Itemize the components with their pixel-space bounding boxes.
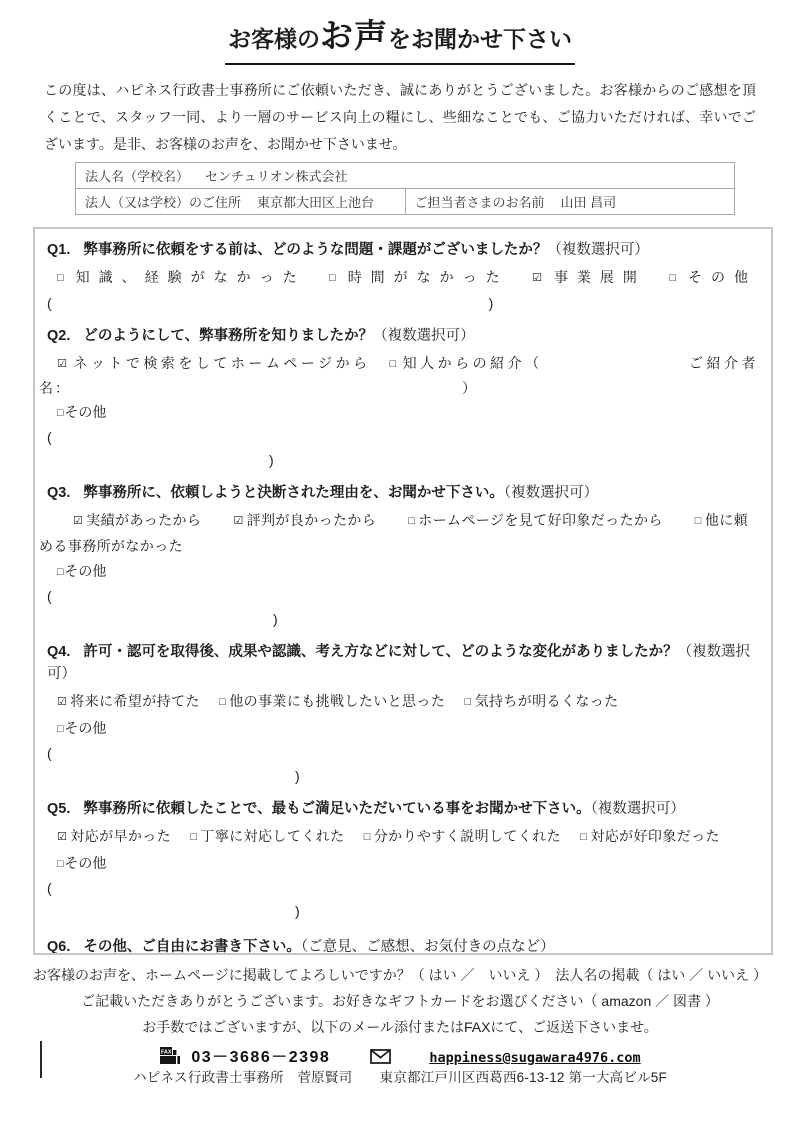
option-other[interactable]: □その他 (57, 717, 759, 741)
option-label: 分かりやすく説明してくれた (374, 828, 561, 844)
option[interactable]: □その他 (669, 265, 757, 291)
checkbox-icon: □ (57, 718, 63, 740)
open-paren: ( (47, 588, 52, 604)
address-value: 東京都大田区上池台 (257, 195, 374, 210)
option-label: 知識、経験がなかった (76, 269, 306, 285)
option-label: 丁寧に対応してくれた (200, 828, 344, 844)
checkbox-icon: □ (190, 825, 197, 849)
checkbox-icon: □ (465, 690, 472, 714)
option-label: 対応が早かった (70, 828, 171, 844)
question-text: 弊事務所に依頼をする前は、どのような問題・課題がございましたか？ (83, 242, 547, 258)
footer: お客様のお声を、ホームページに掲載してよろしいですか？（ はい ／ いいえ ） … (0, 962, 800, 1086)
option[interactable]: □知識、経験がなかった (57, 265, 306, 291)
option[interactable]: □分かりやすく説明してくれた (364, 828, 561, 844)
free-answer-blank: ) (47, 900, 759, 922)
close-paren: ) (295, 768, 300, 784)
close-paren: ) (269, 452, 274, 468)
question-3-options: ☑実績があったから☑評判が良かったから□ホームページを見て好印象だったから□他に… (39, 508, 759, 558)
checkbox-icon: □ (669, 266, 685, 290)
option-other[interactable]: □その他 (57, 852, 759, 876)
checkbox-icon: ☑ (216, 509, 243, 533)
question-note: （複数選択可） (547, 242, 649, 258)
free-answer-blank: ) (47, 765, 759, 787)
option-label: 時間がなかった (348, 269, 509, 285)
question-5-heading: Q5.弊事務所に依頼したことで、最もご満足いただいている事をお聞かせ下さい。（複… (47, 798, 759, 820)
contact-person-cell: ご担当者さまのお名前山田 昌司 (405, 189, 735, 215)
free-answer-blank: () (47, 292, 759, 314)
question-4-options: ☑将来に希望が持てた □他の事業にも挑戦したいと思った □気持ちが明るくなった (57, 689, 759, 715)
checkbox-icon: □ (57, 266, 73, 290)
page-title-suffix: をお聞かせ下さい (388, 26, 572, 52)
option[interactable]: ☑評判が良かったから (216, 512, 376, 528)
option[interactable]: □対応が好印象だった (580, 828, 720, 844)
question-number: Q3. (47, 485, 70, 501)
checkbox-icon: □ (580, 825, 587, 849)
question-text: どのようにして、弊事務所を知りましたか？ (83, 328, 373, 344)
question-note: （ご意見、ご感想、お気付きの点など） (301, 939, 555, 955)
office-info-line: ハピネス行政書士事務所 菅原賢司 東京都江戸川区西葛西6-13-12 第一大高ビ… (0, 1069, 800, 1086)
contact-person-label: ご担当者さまのお名前 (415, 195, 545, 210)
option-label: 実績があったから (86, 512, 201, 528)
question-text: 許可・認可を取得後、成果や認識、考え方などに対して、どのような変化がありましたか… (83, 644, 677, 660)
fax-number: 03－3686－2398 (191, 1049, 330, 1067)
question-number: Q4. (47, 644, 70, 660)
fax-icon: FAX (159, 1046, 181, 1070)
question-number: Q5. (47, 801, 70, 817)
checkbox-icon: □ (391, 509, 415, 533)
option[interactable]: □時間がなかった (329, 265, 509, 291)
option-other[interactable]: □その他 (57, 401, 759, 425)
question-note: （複数選択可） (373, 328, 475, 344)
question-3-heading: Q3.弊事務所に、依頼しようと決断された理由を、お聞かせ下さい。（複数選択可） (47, 482, 759, 504)
free-answer-blank: ) (47, 449, 759, 471)
table-row: 法人名（学校名）センチュリオン株式会社 (76, 163, 735, 189)
option-label: その他 (64, 404, 106, 420)
client-info-table: 法人名（学校名）センチュリオン株式会社 法人（又は学校）のご住所東京都大田区上池… (75, 162, 735, 215)
option[interactable]: ☑ネットで検索をしてホームページから (57, 355, 371, 371)
option-other[interactable]: □その他 (57, 560, 759, 584)
question-2-heading: Q2.どのようにして、弊事務所を知りましたか？（複数選択可） (47, 325, 759, 347)
checkbox-icon: □ (57, 853, 63, 875)
option-label: その他 (64, 855, 106, 871)
gift-card-line: ご記載いただきありがとうございます。お好きなギフトカードをお選びください（ am… (0, 989, 800, 1014)
page-title: お客様のお声をお聞かせ下さい (225, 16, 575, 65)
title-block: お客様のお声をお聞かせ下さい (0, 0, 800, 65)
checkbox-icon: □ (364, 825, 371, 849)
close-paren: ) (295, 903, 300, 919)
open-paren: ( (47, 880, 52, 896)
open-paren: ( (47, 295, 52, 311)
option-label: 将来に希望が持てた (70, 693, 200, 709)
question-text: 弊事務所に、依頼しようと決断された理由を、お聞かせ下さい。 (83, 485, 504, 501)
checkbox-icon: □ (57, 561, 63, 583)
email-address: happiness@sugawara4976.com (429, 1049, 640, 1067)
question-4: Q4.許可・認可を取得後、成果や認識、考え方などに対して、どのような変化がありま… (47, 641, 759, 787)
option-label: その他 (688, 269, 757, 285)
question-5-options: ☑対応が早かった □丁寧に対応してくれた □分かりやすく説明してくれた □対応が… (57, 824, 759, 850)
question-number: Q2. (47, 328, 70, 344)
open-paren: ( (47, 745, 52, 761)
option-label: 他の事業にも挑戦したいと思った (229, 693, 445, 709)
option-label: 評判が良かったから (247, 512, 377, 528)
corp-name-label: 法人名（学校名） (85, 169, 189, 184)
checkbox-icon: ☑ (56, 509, 83, 533)
questionnaire-box: Q1.弊事務所に依頼をする前は、どのような問題・課題がございましたか？（複数選択… (33, 227, 773, 955)
option-label: 事業展開 (554, 269, 646, 285)
checkbox-icon: □ (390, 352, 400, 376)
option-label: その他 (64, 720, 106, 736)
page-title-prefix: お客様の (228, 26, 320, 52)
contact-person-value: 山田 昌司 (561, 195, 617, 210)
question-5: Q5.弊事務所に依頼したことで、最もご満足いただいている事をお聞かせ下さい。（複… (47, 798, 759, 922)
option-label: その他 (64, 563, 106, 579)
question-number: Q1. (47, 242, 70, 258)
option[interactable]: □知人からの紹介（ (390, 355, 543, 371)
corp-name-value: センチュリオン株式会社 (205, 169, 347, 184)
option[interactable]: □他の事業にも挑戦したいと思った (219, 693, 445, 709)
checkbox-icon: ☑ (532, 266, 551, 290)
option-label: 気持ちが明るくなった (475, 693, 619, 709)
option[interactable]: ☑実績があったから (56, 512, 201, 528)
question-6-heading: Q6.その他、ご自由にお書き下さい。（ご意見、ご感想、お気付きの点など） (47, 936, 759, 955)
option[interactable]: ☑将来に希望が持てた (57, 693, 200, 709)
intro-paragraph: この度は、ハピネス行政書士事務所にご依頼いただき、誠にありがとうございました。お… (44, 77, 756, 158)
checkbox-icon: □ (219, 690, 226, 714)
table-row: 法人（又は学校）のご住所東京都大田区上池台 ご担当者さまのお名前山田 昌司 (76, 189, 735, 215)
close-paren: ) (273, 611, 278, 627)
free-answer-blank: ( (47, 426, 759, 448)
return-instruction-line: お手数ではございますが、以下のメール添付またはFAXにて、ご返送下さいませ。 (0, 1015, 800, 1040)
option[interactable]: □ホームページを見て好印象だったから (391, 512, 663, 528)
page-title-emphasis: お声 (320, 17, 388, 54)
address-cell: 法人（又は学校）のご住所東京都大田区上池台 (76, 189, 406, 215)
checkbox-icon: ☑ (57, 825, 67, 849)
free-answer-blank: ) (47, 608, 759, 630)
option-label: ネットで検索をしてホームページから (73, 355, 370, 371)
question-2: Q2.どのようにして、弊事務所を知りましたか？（複数選択可） ☑ネットで検索をし… (47, 325, 759, 471)
free-answer-blank: ( (47, 877, 759, 899)
question-text: 弊事務所に依頼したことで、最もご満足いただいている事をお聞かせ下さい。 (83, 801, 590, 817)
question-1-options: □知識、経験がなかった □時間がなかった ☑事業展開 □その他 (57, 265, 757, 291)
referrer-label-part1: ご紹介者 (689, 351, 759, 377)
email-icon (370, 1049, 391, 1068)
question-number: Q6. (47, 939, 70, 955)
corp-name-cell: 法人名（学校名）センチュリオン株式会社 (76, 163, 735, 189)
question-6: Q6.その他、ご自由にお書き下さい。（ご意見、ご感想、お気付きの点など） 担当者… (47, 936, 759, 955)
checkbox-icon: □ (678, 509, 702, 533)
question-1-heading: Q1.弊事務所に依頼をする前は、どのような問題・課題がございましたか？（複数選択… (47, 239, 759, 261)
free-answer-blank: ( (47, 742, 759, 764)
referrer-label-part2: 名： (39, 380, 64, 396)
option[interactable]: ☑事業展開 (532, 265, 646, 291)
question-4-heading: Q4.許可・認可を取得後、成果や認識、考え方などに対して、どのような変化がありま… (47, 641, 759, 685)
option-label: 知人からの紹介（ (403, 355, 543, 371)
checkbox-icon: □ (57, 402, 63, 424)
address-label: 法人（又は学校）のご住所 (85, 195, 241, 210)
option[interactable]: ☑対応が早かった (57, 828, 171, 844)
option-label: 対応が好印象だった (590, 828, 720, 844)
publish-consent-line: お客様のお声を、ホームページに掲載してよろしいですか？（ はい ／ いいえ ） … (22, 962, 778, 988)
referrer-name-row: 名：） (39, 377, 759, 399)
open-paren: ( (47, 429, 52, 445)
free-answer-blank: ( (47, 585, 759, 607)
option[interactable]: □気持ちが明るくなった (465, 693, 619, 709)
option[interactable]: □丁寧に対応してくれた (190, 828, 344, 844)
question-text: その他、ご自由にお書き下さい。 (83, 939, 301, 955)
question-note: （複数選択可） (504, 485, 598, 501)
question-2-options: ☑ネットで検索をしてホームページから □知人からの紹介（ ご紹介者 (57, 351, 759, 377)
close-paren: ） (462, 380, 478, 396)
checkbox-icon: ☑ (57, 352, 70, 376)
checkbox-icon: ☑ (57, 690, 67, 714)
question-note: （複数選択可） (591, 801, 685, 817)
text-cursor (40, 1041, 42, 1078)
question-1: Q1.弊事務所に依頼をする前は、どのような問題・課題がございましたか？（複数選択… (47, 239, 759, 314)
contact-row: FAX 03－3686－2398 happiness@sugawara4976.… (0, 1046, 800, 1070)
close-paren: ) (489, 295, 494, 311)
option-label: ホームページを見て好印象だったから (418, 512, 663, 528)
question-3: Q3.弊事務所に、依頼しようと決断された理由を、お聞かせ下さい。（複数選択可） … (47, 482, 759, 630)
checkbox-icon: □ (329, 266, 345, 290)
svg-text:FAX: FAX (161, 1049, 172, 1055)
